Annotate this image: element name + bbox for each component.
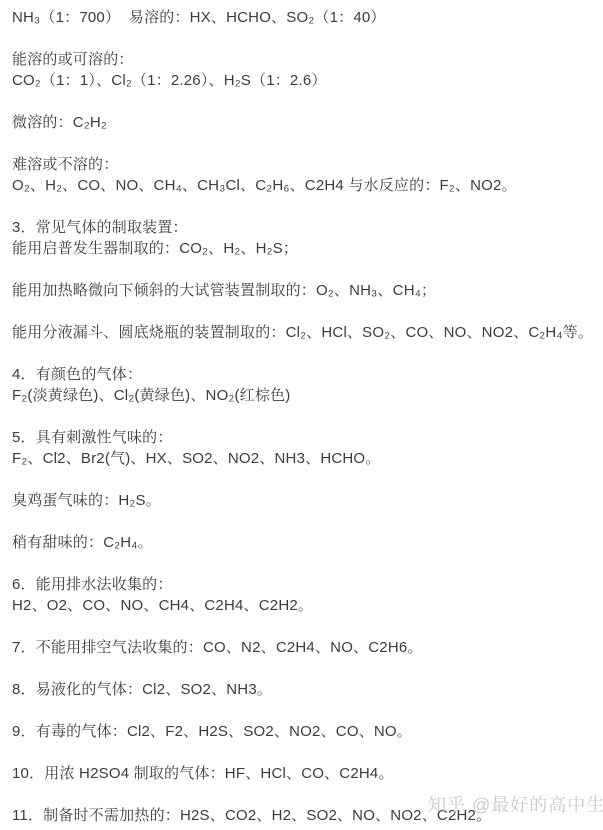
text-line: H2、O2、CO、NO、CH4、C2H4、C2H2。 bbox=[12, 595, 599, 616]
text-line: 臭鸡蛋气味的：H₂S。 bbox=[12, 490, 599, 511]
text-line: 能用加热略微向下倾斜的大试管装置制取的：O₂、NH₃、CH₄； bbox=[12, 280, 599, 301]
blank-line bbox=[12, 133, 599, 154]
text-line: F₂、Cl2、Br2(气)、HX、SO2、NO2、NH3、HCHO。 bbox=[12, 448, 599, 469]
blank-line bbox=[12, 91, 599, 112]
text-line: F₂(淡黄绿色)、Cl₂(黄绿色)、NO₂(红棕色) bbox=[12, 385, 599, 406]
blank-line bbox=[12, 469, 599, 490]
blank-line bbox=[12, 700, 599, 721]
text-line: 能用启普发生器制取的：CO₂、H₂、H₂S； bbox=[12, 238, 599, 259]
text-line: 3．常见气体的制取装置： bbox=[12, 217, 599, 238]
blank-line bbox=[12, 511, 599, 532]
text-line: 9．有毒的气体：Cl2、F2、H2S、SO2、NO2、CO、NO。 bbox=[12, 721, 599, 742]
text-line: 难溶或不溶的： bbox=[12, 154, 599, 175]
blank-line bbox=[12, 343, 599, 364]
text-line: 能用分液漏斗、圆底烧瓶的装置制取的：Cl₂、HCl、SO₂、CO、NO、NO2、… bbox=[12, 322, 599, 343]
text-line: 7．不能用排空气法收集的：CO、N2、C2H4、NO、C2H6。 bbox=[12, 637, 599, 658]
blank-line bbox=[12, 553, 599, 574]
zhihu-watermark: 知乎 @最好的高中生 bbox=[428, 791, 603, 817]
text-line: NH₃（1：700） 易溶的：HX、HCHO、SO₂（1：40） bbox=[12, 7, 599, 28]
text-line: 稍有甜味的：C₂H₄。 bbox=[12, 532, 599, 553]
text-line: 6．能用排水法收集的： bbox=[12, 574, 599, 595]
text-line: 能溶的或可溶的： bbox=[12, 49, 599, 70]
text-line: 微溶的：C₂H₂ bbox=[12, 112, 599, 133]
blank-line bbox=[12, 259, 599, 280]
text-line: 4．有颜色的气体： bbox=[12, 364, 599, 385]
text-line: O₂、H₂、CO、NO、CH₄、CH₃Cl、C₂H₆、C2H4 与水反应的：F₂… bbox=[12, 175, 599, 196]
blank-line bbox=[12, 742, 599, 763]
text-line: 8．易液化的气体：Cl2、SO2、NH3。 bbox=[12, 679, 599, 700]
blank-line bbox=[12, 658, 599, 679]
blank-line bbox=[12, 616, 599, 637]
document-page: NH₃（1：700） 易溶的：HX、HCHO、SO₂（1：40） 能溶的或可溶的… bbox=[12, 7, 599, 826]
blank-line bbox=[12, 406, 599, 427]
blank-line bbox=[12, 196, 599, 217]
blank-line bbox=[12, 301, 599, 322]
blank-line bbox=[12, 28, 599, 49]
text-line: 5．具有刺激性气味的： bbox=[12, 427, 599, 448]
text-line: 10．用浓 H2SO4 制取的气体：HF、HCl、CO、C2H4。 bbox=[12, 763, 599, 784]
text-line: CO₂（1：1）、Cl₂（1：2.26）、H₂S（1：2.6） bbox=[12, 70, 599, 91]
